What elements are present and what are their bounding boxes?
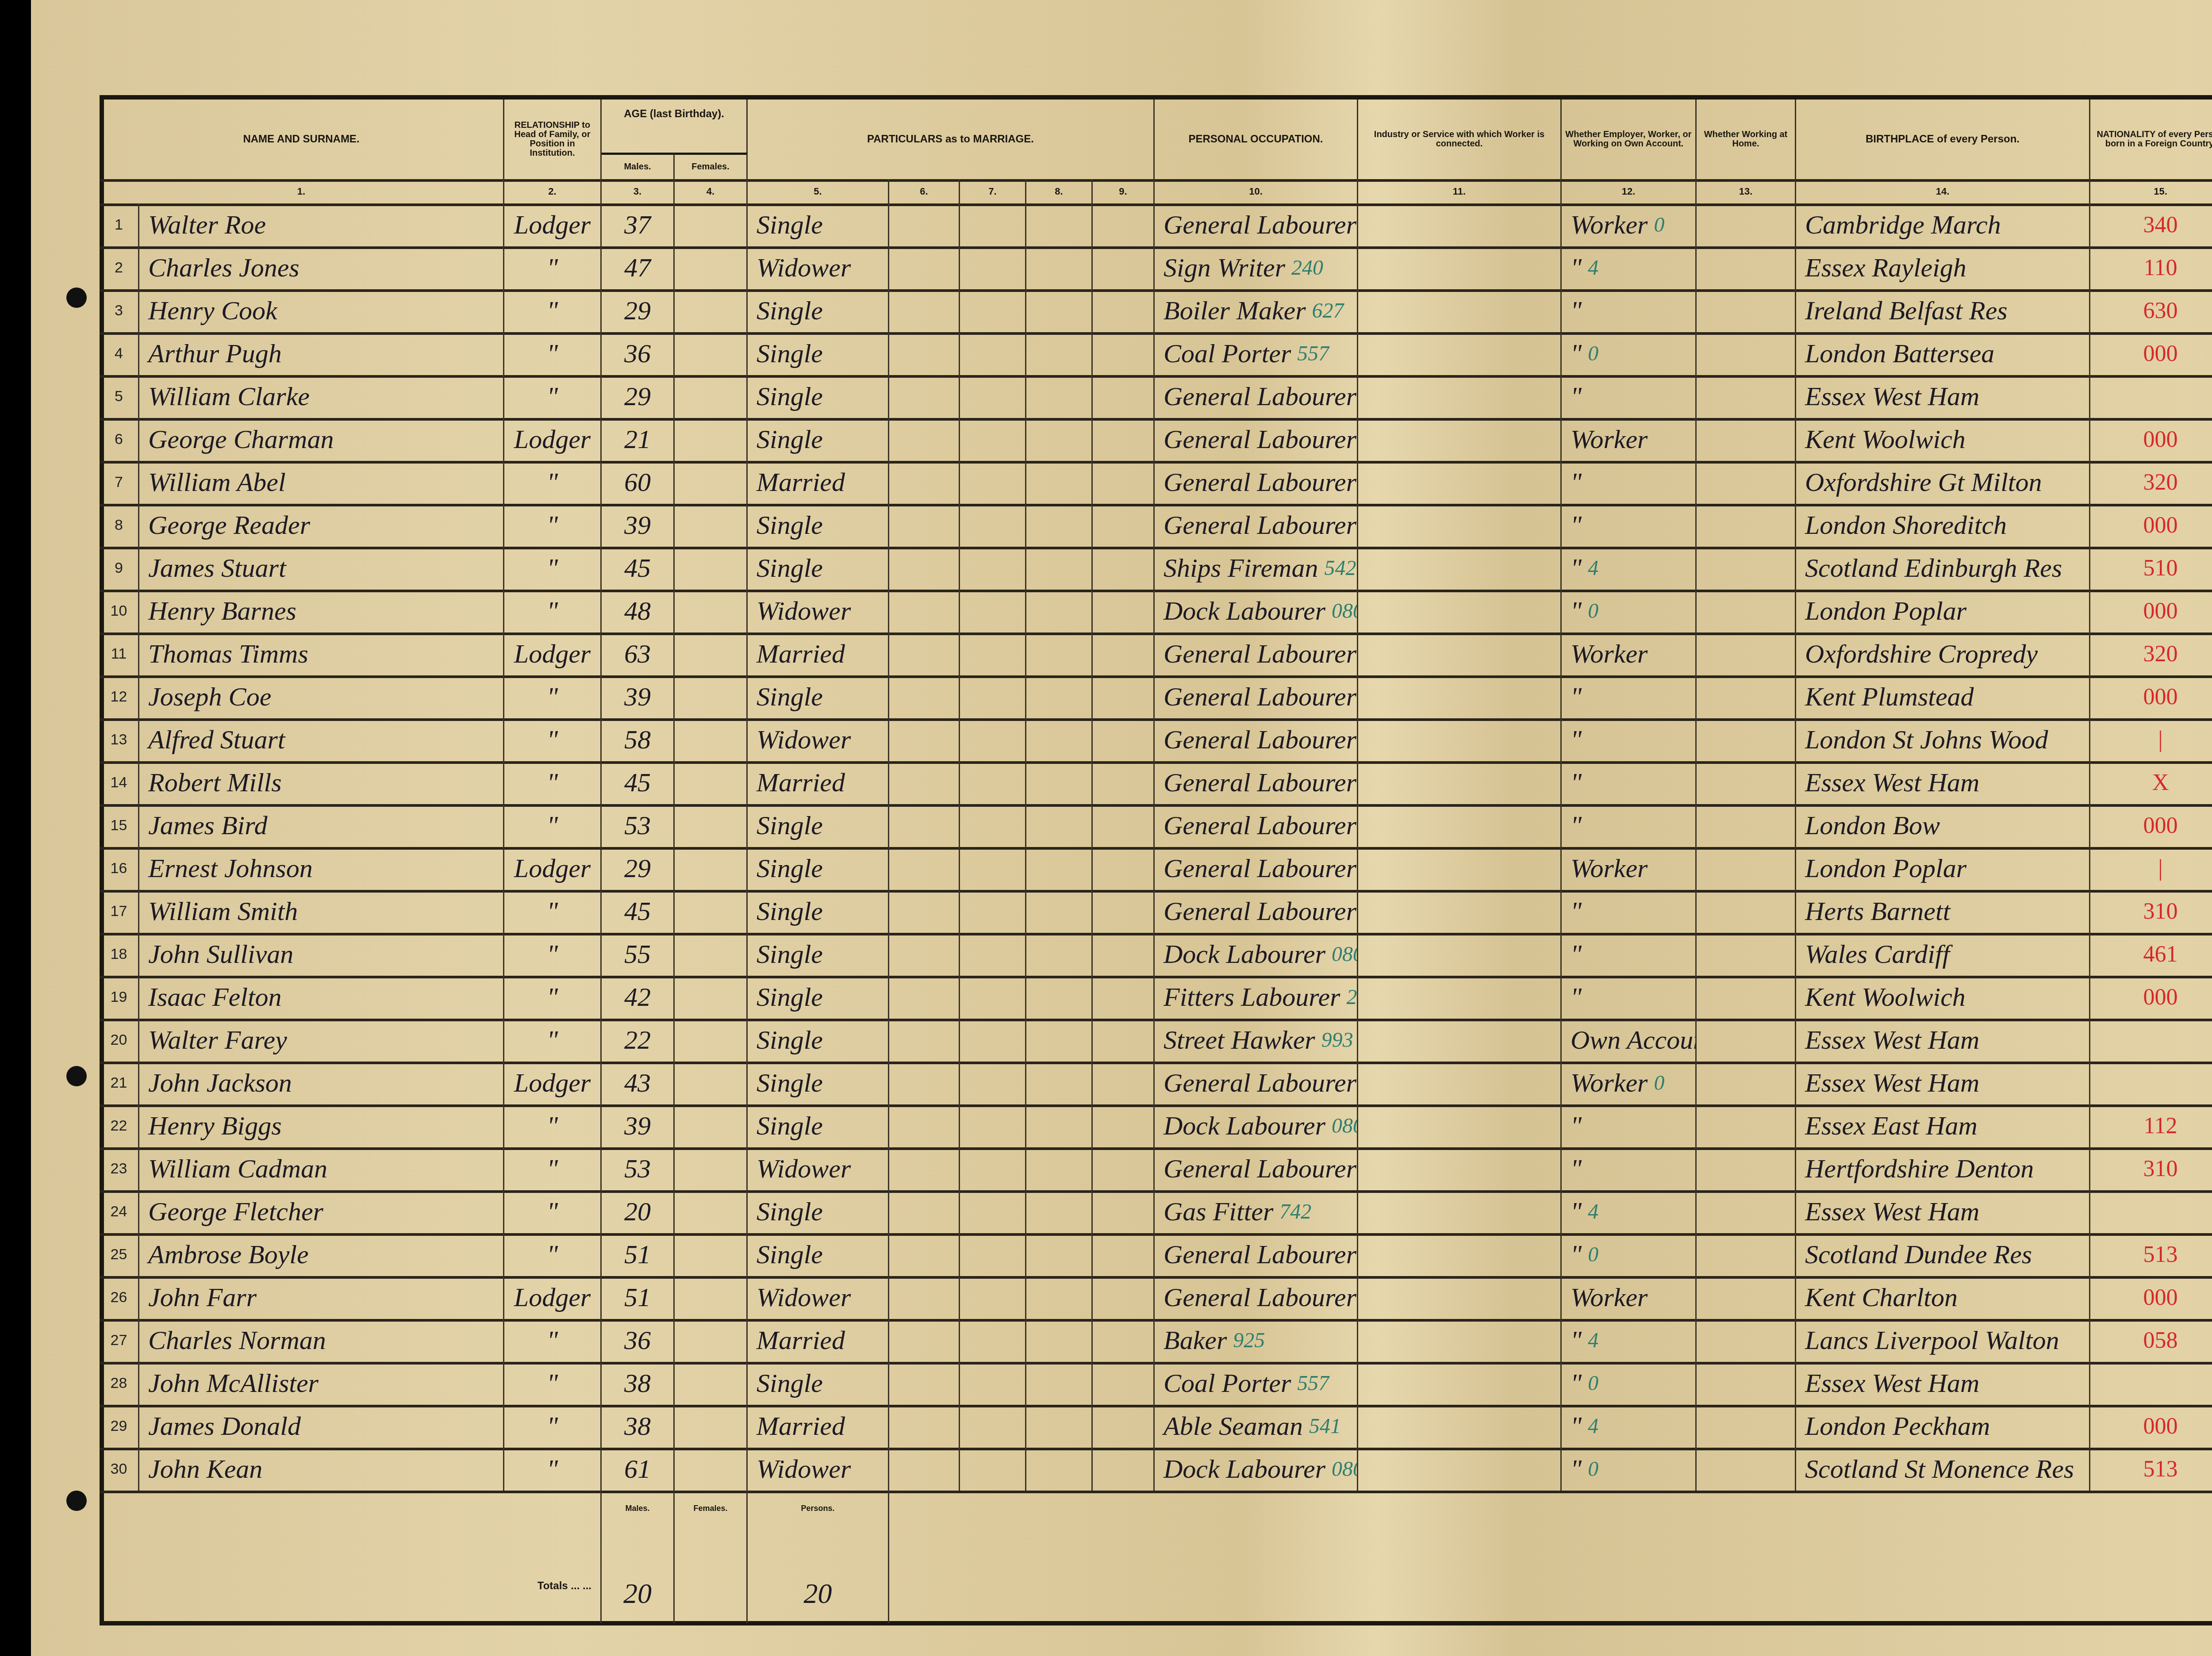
occupation-cell: General Labourer330 [1155, 375, 1358, 418]
marriage-cell: Married [748, 1319, 889, 1362]
row-number-text: 17 [111, 903, 127, 920]
col8-cell [1026, 1319, 1093, 1362]
home-cell [1697, 847, 1796, 890]
age-male-cell-text: 51 [624, 1239, 651, 1270]
age-female-cell [675, 1405, 748, 1448]
relationship-cell: " [504, 761, 602, 804]
table-row: 30John Kean"61WidowerDock Labourer080"0S… [100, 1448, 2212, 1493]
relationship-cell: " [504, 718, 602, 761]
birthplace-cell: Essex West Ham [1796, 1019, 2090, 1062]
name-cell: John McAllister [139, 1362, 504, 1405]
col-num: 6. [889, 179, 960, 203]
col7-cell [960, 1405, 1026, 1448]
col9-cell [1093, 1233, 1155, 1276]
name-cell: Thomas Timms [139, 632, 504, 675]
occupation-cell: Coal Porter557 [1155, 332, 1358, 375]
name-cell-text: William Cadman [148, 1154, 327, 1184]
home-cell [1697, 418, 1796, 461]
name-cell: John Farr [139, 1276, 504, 1319]
col7-cell [960, 761, 1026, 804]
marriage-cell-text: Single [757, 1111, 823, 1141]
occupation-cell-text: Dock Labourer [1164, 596, 1325, 626]
name-cell: Walter Farey [139, 1019, 504, 1062]
relationship-cell-text: Lodger [514, 1068, 591, 1098]
col-num: 2. [504, 179, 602, 203]
home-cell [1697, 246, 1796, 289]
age-male-cell-text: 51 [624, 1282, 651, 1313]
row-number: 30 [100, 1448, 139, 1491]
age-male-cell: 58 [602, 718, 675, 761]
nationality-cell: 461 [2090, 933, 2212, 976]
marriage-cell: Single [748, 418, 889, 461]
employer-cell-text: " [1571, 467, 1582, 498]
occupation-cell: Dock Labourer080 [1155, 590, 1358, 632]
age-male-cell-text: 53 [624, 810, 651, 841]
col9-cell [1093, 1019, 1155, 1062]
col6-cell [889, 203, 960, 246]
relationship-cell: " [504, 1233, 602, 1276]
nationality-cell-text: 340 [2143, 212, 2178, 238]
table-row: 21John JacksonLodger43SingleGeneral Labo… [100, 1062, 2212, 1107]
marriage-cell-text: Single [757, 1239, 823, 1270]
col6-cell [889, 590, 960, 632]
col6-cell [889, 375, 960, 418]
industry-cell [1358, 1062, 1562, 1104]
birthplace-cell-text: Ireland Belfast Res [1805, 295, 2008, 326]
table-row: 15James Bird"53SingleGeneral Labourer"Lo… [100, 804, 2212, 850]
home-cell [1697, 1019, 1796, 1062]
nationality-cell-text: 000 [2143, 1284, 2178, 1311]
table-row: 26John FarrLodger51WidowerGeneral Labour… [100, 1276, 2212, 1322]
home-cell [1697, 1147, 1796, 1190]
totals-persons: Persons. 20 [748, 1491, 889, 1623]
col7-cell [960, 1448, 1026, 1491]
col8-cell [1026, 1448, 1093, 1491]
relationship-cell: " [504, 289, 602, 332]
header-employer: Whether Employer, Worker, or Working on … [1562, 100, 1697, 179]
occupation-cell: General Labourer [1155, 504, 1358, 547]
row-number: 4 [100, 332, 139, 375]
birthplace-cell-text: Scotland St Monence Res [1805, 1454, 2074, 1484]
employer-cell-text: " [1571, 1368, 1582, 1399]
age-male-cell: 21 [602, 418, 675, 461]
punch-hole [66, 1066, 87, 1086]
birthplace-cell: London Bow [1796, 804, 2090, 847]
row-number: 18 [100, 933, 139, 976]
employer-cell: " [1562, 890, 1697, 933]
row-number-text: 4 [115, 345, 123, 362]
col6-cell [889, 890, 960, 933]
col7-cell [960, 976, 1026, 1019]
nationality-cell-text: 058 [2143, 1327, 2178, 1353]
col6-cell [889, 461, 960, 504]
marriage-cell-text: Widower [757, 1154, 851, 1184]
home-cell [1697, 1448, 1796, 1491]
birthplace-cell-text: Scotland Edinburgh Res [1805, 553, 2062, 583]
employer-cell: Worker [1562, 418, 1697, 461]
row-number: 29 [100, 1405, 139, 1448]
age-female-cell [675, 1448, 748, 1491]
employer-cell: Worker [1562, 632, 1697, 675]
col7-cell [960, 890, 1026, 933]
age-male-cell-text: 29 [624, 853, 651, 884]
age-male-cell: 43 [602, 1062, 675, 1104]
name-cell-text: William Smith [148, 896, 298, 927]
row-number-text: 5 [115, 388, 123, 405]
table-row: 29James Donald"38MarriedAble Seaman541"4… [100, 1405, 2212, 1450]
classification-code: 4 [1588, 1328, 1598, 1353]
header-industry: Industry or Service with which Worker is… [1358, 100, 1562, 179]
birthplace-cell: Lancs Liverpool Walton [1796, 1319, 2090, 1362]
classification-code: 557 [1297, 341, 1329, 366]
home-cell [1697, 504, 1796, 547]
row-number-text: 28 [111, 1375, 127, 1392]
col9-cell [1093, 632, 1155, 675]
birthplace-cell: Essex West Ham [1796, 375, 2090, 418]
birthplace-cell: London Poplar [1796, 590, 2090, 632]
col-num: 1. [100, 179, 504, 203]
marriage-cell-text: Widower [757, 1282, 851, 1313]
occupation-cell-text: Street Hawker [1164, 1025, 1315, 1055]
occupation-cell-text: General Labourer [1164, 767, 1356, 798]
birthplace-cell: Essex West Ham [1796, 1190, 2090, 1233]
nationality-cell: 000 [2090, 976, 2212, 1019]
relationship-cell-text: Lodger [514, 210, 591, 240]
table-row: 3Henry Cook"29SingleBoiler Maker627"Irel… [100, 289, 2212, 335]
employer-cell-text: " [1571, 1325, 1582, 1356]
name-cell: Ambrose Boyle [139, 1233, 504, 1276]
age-male-cell: 48 [602, 590, 675, 632]
name-cell-text: Charles Norman [148, 1325, 326, 1356]
age-male-cell: 45 [602, 761, 675, 804]
marriage-cell: Widower [748, 246, 889, 289]
nationality-cell-text: 112 [2143, 1113, 2177, 1139]
row-number: 23 [100, 1147, 139, 1190]
row-number-text: 8 [115, 517, 123, 534]
age-female-cell [675, 1019, 748, 1062]
totals-males-value: 20 [623, 1577, 652, 1610]
row-number-text: 23 [111, 1160, 127, 1177]
name-cell: James Bird [139, 804, 504, 847]
occupation-cell-text: Dock Labourer [1164, 1111, 1325, 1141]
relationship-cell-text: " [547, 724, 558, 755]
relationship-cell-text: " [547, 381, 558, 412]
row-number-text: 26 [111, 1289, 127, 1306]
nationality-cell-text: 310 [2143, 1156, 2178, 1182]
birthplace-cell: Hertfordshire Denton [1796, 1147, 2090, 1190]
col8-cell [1026, 1104, 1093, 1147]
relationship-cell: " [504, 890, 602, 933]
home-cell [1697, 804, 1796, 847]
marriage-cell-text: Married [757, 639, 845, 669]
birthplace-cell-text: Essex West Ham [1805, 1025, 1979, 1055]
employer-cell: "0 [1562, 590, 1697, 632]
occupation-cell: General Labourer [1155, 675, 1358, 718]
home-cell [1697, 1233, 1796, 1276]
relationship-cell: " [504, 332, 602, 375]
nationality-cell: 000 [2090, 1276, 2212, 1319]
employer-cell: "0 [1562, 1362, 1697, 1405]
col9-cell [1093, 375, 1155, 418]
industry-cell [1358, 933, 1562, 976]
name-cell-text: George Fletcher [148, 1196, 323, 1227]
relationship-cell-text: " [547, 510, 558, 540]
age-female-cell [675, 933, 748, 976]
birthplace-cell-text: Essex West Ham [1805, 1196, 1979, 1227]
relationship-cell: " [504, 1190, 602, 1233]
age-male-cell-text: 36 [624, 1325, 651, 1356]
birthplace-cell: London St Johns Wood [1796, 718, 2090, 761]
employer-cell-text: Worker [1571, 1282, 1647, 1313]
industry-cell [1358, 418, 1562, 461]
nationality-cell: 513 [2090, 1448, 2212, 1491]
col8-cell [1026, 375, 1093, 418]
table-row: 5William Clarke"29SingleGeneral Labourer… [100, 375, 2212, 421]
col7-cell [960, 375, 1026, 418]
row-number-text: 7 [115, 474, 123, 491]
marriage-cell-text: Married [757, 1411, 845, 1441]
relationship-cell: " [504, 1147, 602, 1190]
header-name: NAME AND SURNAME. [100, 100, 504, 179]
occupation-cell-text: General Labourer [1164, 853, 1356, 884]
table-row: 12Joseph Coe"39SingleGeneral Labourer"Ke… [100, 675, 2212, 721]
nationality-cell [2090, 1062, 2212, 1104]
marriage-cell-text: Single [757, 682, 823, 712]
classification-code: 557 [1297, 1371, 1329, 1395]
birthplace-cell: Herts Barnett [1796, 890, 2090, 933]
relationship-cell-text: " [547, 467, 558, 498]
table-row: 10Henry Barnes"48WidowerDock Labourer080… [100, 590, 2212, 635]
birthplace-cell-text: Scotland Dundee Res [1805, 1239, 2032, 1270]
col9-cell [1093, 504, 1155, 547]
col8-cell [1026, 933, 1093, 976]
employer-cell: " [1562, 504, 1697, 547]
col9-cell [1093, 246, 1155, 289]
row-number: 5 [100, 375, 139, 418]
nationality-cell: 112 [2090, 1104, 2212, 1147]
age-male-cell: 29 [602, 375, 675, 418]
marriage-cell: Single [748, 847, 889, 890]
relationship-cell: " [504, 590, 602, 632]
column-number-row: 1. 2. 3. 4. 5. 6. 7. 8. 9. 10. 11. 12. 1… [100, 179, 2212, 206]
name-cell-text: George Charman [148, 424, 334, 455]
occupation-cell: General Labourer [1155, 718, 1358, 761]
nationality-cell: 630 [2090, 289, 2212, 332]
row-number: 13 [100, 718, 139, 761]
industry-cell [1358, 718, 1562, 761]
industry-cell [1358, 375, 1562, 418]
name-cell-text: William Clarke [148, 381, 310, 412]
nationality-cell: 340 [2090, 203, 2212, 246]
relationship-cell-text: " [547, 1154, 558, 1184]
industry-cell [1358, 1362, 1562, 1405]
age-female-cell [675, 675, 748, 718]
col9-cell [1093, 1104, 1155, 1147]
marriage-cell-text: Single [757, 1068, 823, 1098]
relationship-cell: " [504, 547, 602, 590]
col6-cell [889, 632, 960, 675]
header-nationality: NATIONALITY of every Person born in a Fo… [2090, 100, 2212, 179]
col9-cell [1093, 1190, 1155, 1233]
employer-cell: "0 [1562, 332, 1697, 375]
age-male-cell: 61 [602, 1448, 675, 1491]
nationality-cell-text: 000 [2143, 1413, 2178, 1439]
home-cell [1697, 1362, 1796, 1405]
table-row: 4Arthur Pugh"36SingleCoal Porter557"0Lon… [100, 332, 2212, 378]
marriage-cell: Single [748, 289, 889, 332]
row-number: 26 [100, 1276, 139, 1319]
name-cell: John Sullivan [139, 933, 504, 976]
col6-cell [889, 804, 960, 847]
name-cell: Henry Barnes [139, 590, 504, 632]
classification-code: 993 [1321, 1028, 1353, 1052]
home-cell [1697, 890, 1796, 933]
nationality-cell [2090, 1019, 2212, 1062]
header-occupation: PERSONAL OCCUPATION. [1155, 100, 1358, 179]
totals-label-cell: Totals ... ... [100, 1491, 602, 1623]
name-cell-text: Arthur Pugh [148, 338, 282, 369]
col7-cell [960, 1019, 1026, 1062]
occupation-cell: Coal Porter557 [1155, 1362, 1358, 1405]
classification-code: 240 [1291, 256, 1323, 280]
nationality-cell-text: 513 [2143, 1242, 2178, 1268]
occupation-cell-text: General Labourer [1164, 424, 1356, 455]
table-row: 17William Smith"45SingleGeneral Labourer… [100, 890, 2212, 935]
name-cell-text: John Farr [148, 1282, 257, 1313]
birthplace-cell-text: London Shoreditch [1805, 510, 2007, 540]
employer-cell: Own Account [1562, 1019, 1697, 1062]
col9-cell [1093, 1448, 1155, 1491]
relationship-cell-text: " [547, 596, 558, 626]
age-male-cell: 53 [602, 1147, 675, 1190]
age-male-cell-text: 60 [624, 467, 651, 498]
nationality-cell [2090, 375, 2212, 418]
age-male-cell-text: 39 [624, 1111, 651, 1141]
name-cell-text: Walter Farey [148, 1025, 287, 1055]
col-num: 14. [1796, 179, 2090, 203]
birthplace-cell: Scotland St Monence Res [1796, 1448, 2090, 1491]
row-number-text: 21 [111, 1074, 127, 1092]
age-female-cell [675, 375, 748, 418]
age-male-cell: 39 [602, 1104, 675, 1147]
col8-cell [1026, 675, 1093, 718]
birthplace-cell: London Shoreditch [1796, 504, 2090, 547]
age-female-cell [675, 203, 748, 246]
col7-cell [960, 1233, 1026, 1276]
relationship-cell-text: " [547, 338, 558, 369]
occupation-cell-text: General Labourer [1164, 896, 1356, 927]
age-female-cell [675, 890, 748, 933]
totals-males-label: Males. [625, 1504, 649, 1513]
occupation-cell: Baker925 [1155, 1319, 1358, 1362]
birthplace-cell-text: London Poplar [1805, 596, 1966, 626]
industry-cell [1358, 332, 1562, 375]
marriage-cell: Single [748, 933, 889, 976]
col-num: 12. [1562, 179, 1697, 203]
name-cell: William Abel [139, 461, 504, 504]
employer-cell-text: " [1571, 381, 1582, 412]
col9-cell [1093, 547, 1155, 590]
col6-cell [889, 418, 960, 461]
employer-cell-text: Worker [1571, 639, 1647, 669]
col7-cell [960, 246, 1026, 289]
name-cell-text: Alfred Stuart [148, 724, 285, 755]
table-row: 19Isaac Felton"42SingleFitters Labourer2… [100, 976, 2212, 1021]
classification-code: 4 [1588, 556, 1598, 580]
home-cell [1697, 933, 1796, 976]
employer-cell: " [1562, 933, 1697, 976]
nationality-cell: 058 [2090, 1319, 2212, 1362]
col9-cell [1093, 675, 1155, 718]
marriage-cell-text: Widower [757, 1454, 851, 1484]
name-cell-text: Robert Mills [148, 767, 282, 798]
col-num: 15. [2090, 179, 2212, 203]
classification-code: 0 [1654, 213, 1664, 237]
col9-cell [1093, 418, 1155, 461]
name-cell: Charles Norman [139, 1319, 504, 1362]
age-male-cell-text: 39 [624, 682, 651, 712]
marriage-cell: Single [748, 1233, 889, 1276]
nationality-cell-text: 000 [2143, 341, 2178, 367]
age-female-cell [675, 1104, 748, 1147]
industry-cell [1358, 1233, 1562, 1276]
classification-code: 0 [1588, 599, 1598, 623]
marriage-cell: Single [748, 804, 889, 847]
nationality-cell-text: 320 [2143, 469, 2178, 495]
birthplace-cell: Cambridge March [1796, 203, 2090, 246]
marriage-cell-text: Widower [757, 253, 851, 283]
nationality-cell-text: 000 [2143, 426, 2178, 452]
occupation-cell-text: Able Seaman [1164, 1411, 1303, 1441]
home-cell [1697, 976, 1796, 1019]
col6-cell [889, 1019, 960, 1062]
marriage-cell-text: Single [757, 939, 823, 970]
birthplace-cell-text: Kent Woolwich [1805, 982, 1966, 1012]
age-female-cell [675, 1233, 748, 1276]
birthplace-cell: Kent Woolwich [1796, 418, 2090, 461]
birthplace-cell: Kent Plumstead [1796, 675, 2090, 718]
punch-hole [66, 287, 87, 308]
age-male-cell-text: 21 [624, 424, 651, 455]
employer-cell: "0 [1562, 1233, 1697, 1276]
row-number: 17 [100, 890, 139, 933]
relationship-cell-text: " [547, 1368, 558, 1399]
employer-cell: "4 [1562, 1319, 1697, 1362]
age-male-cell-text: 45 [624, 553, 651, 583]
occupation-cell-text: General Labourer [1164, 1154, 1356, 1184]
col6-cell [889, 246, 960, 289]
birthplace-cell: Kent Woolwich [1796, 976, 2090, 1019]
occupation-cell: General Labourer [1155, 418, 1358, 461]
occupation-cell: General Labourer [1155, 461, 1358, 504]
row-number-text: 24 [111, 1203, 127, 1220]
age-male-cell: 51 [602, 1233, 675, 1276]
col-num: 10. [1155, 179, 1358, 203]
age-male-cell-text: 45 [624, 896, 651, 927]
home-cell [1697, 675, 1796, 718]
age-male-cell-text: 47 [624, 253, 651, 283]
relationship-cell-text: " [547, 1411, 558, 1441]
row-number: 22 [100, 1104, 139, 1147]
birthplace-cell-text: Essex West Ham [1805, 381, 1979, 412]
marriage-cell-text: Single [757, 510, 823, 540]
birthplace-cell: Essex Rayleigh [1796, 246, 2090, 289]
relationship-cell-text: " [547, 553, 558, 583]
col7-cell [960, 718, 1026, 761]
age-male-cell: 51 [602, 1276, 675, 1319]
col7-cell [960, 332, 1026, 375]
age-male-cell-text: 53 [624, 1154, 651, 1184]
